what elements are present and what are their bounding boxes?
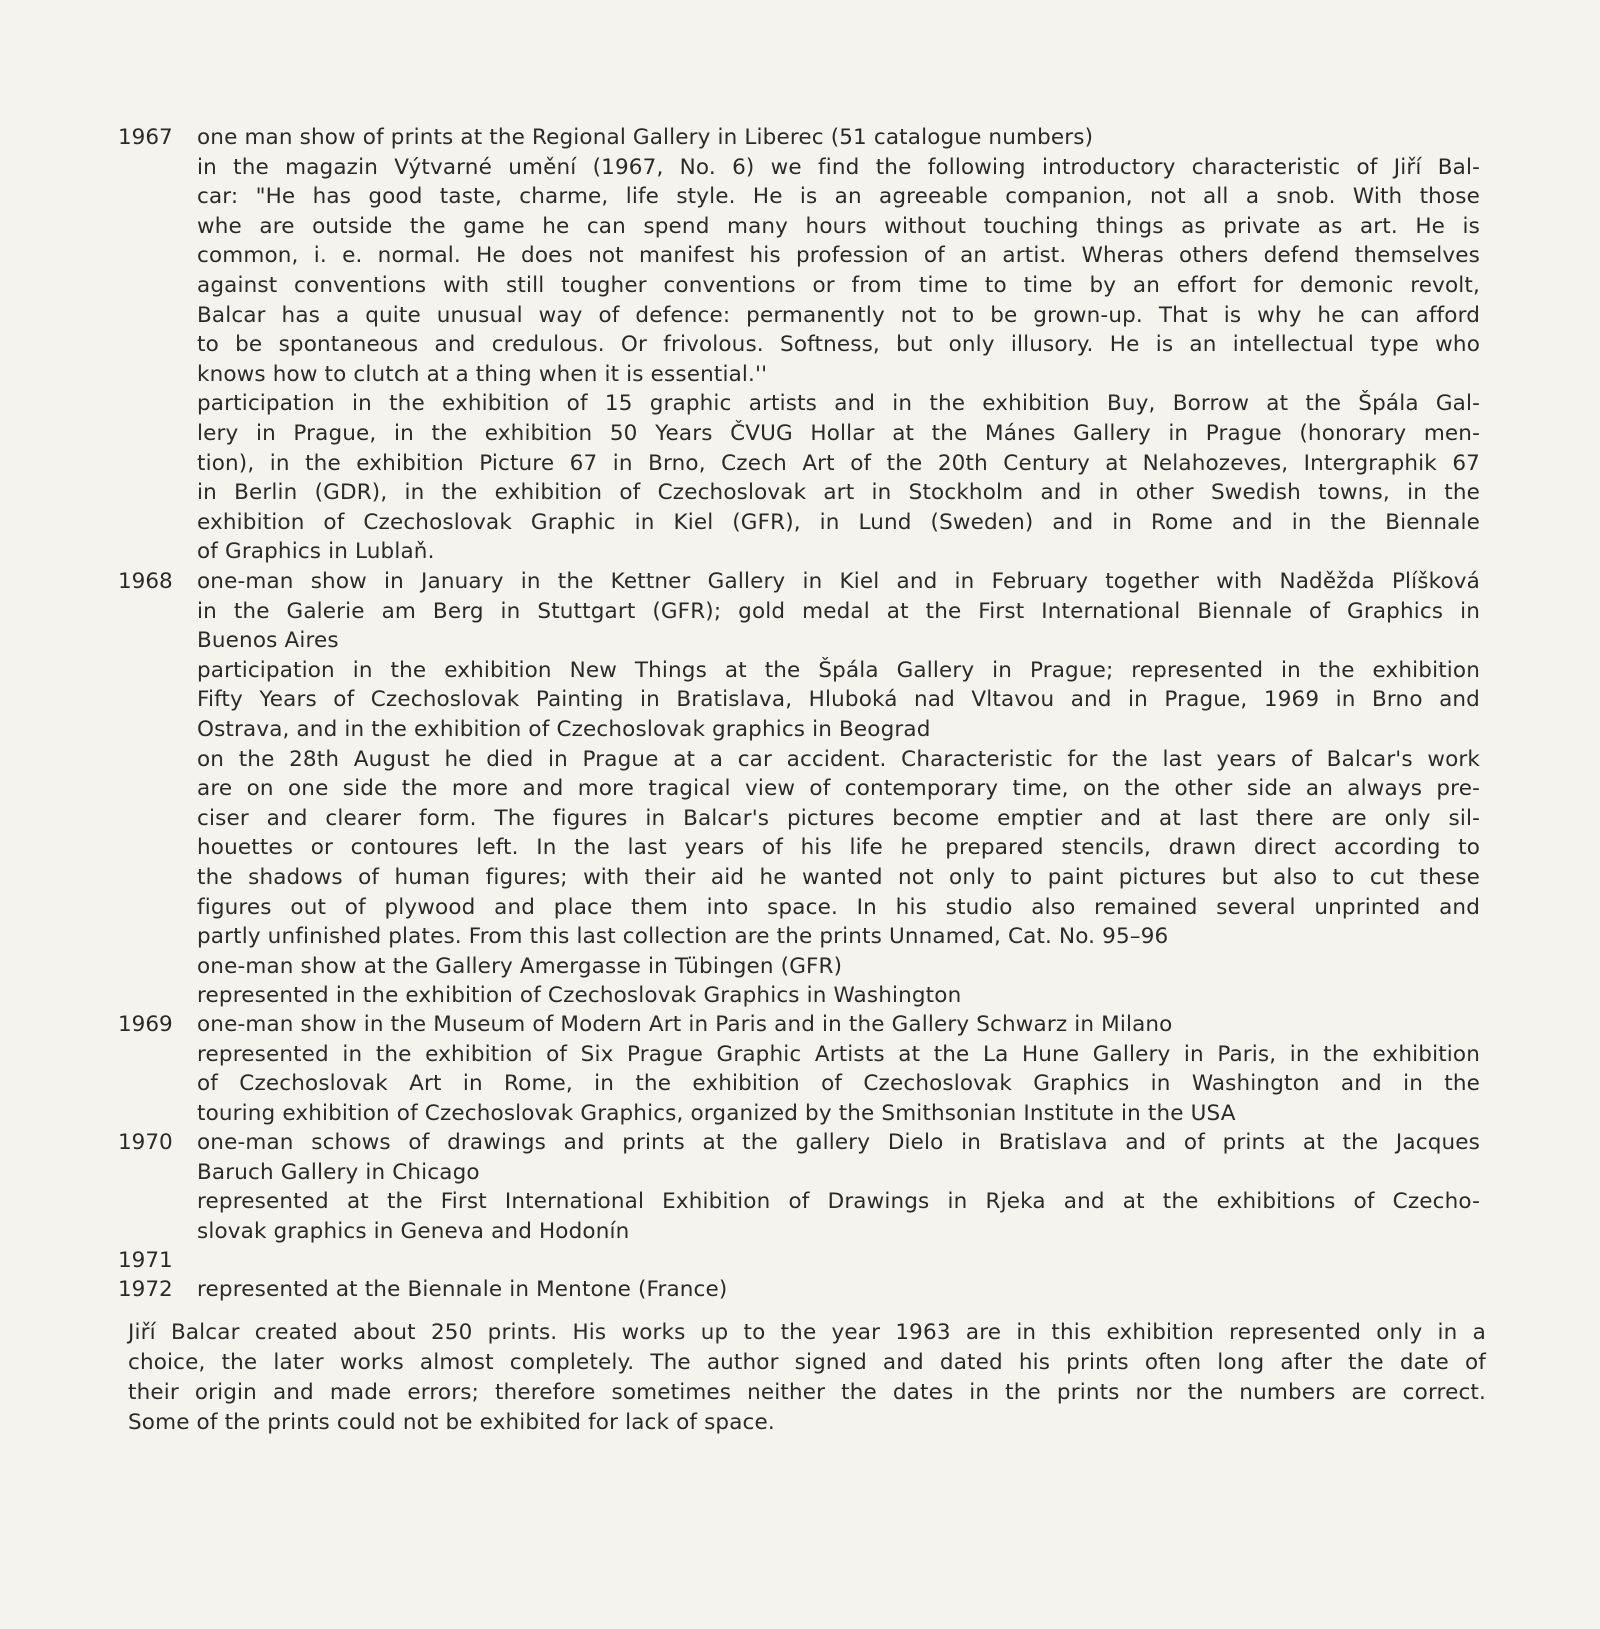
entry-line: one-man show at the Gallery Amergasse in… bbox=[197, 952, 1480, 982]
summary-line: Jiří Balcar created about 250 prints. Hi… bbox=[128, 1318, 1486, 1348]
entry-line: one man show of prints at the Regional G… bbox=[197, 123, 1480, 153]
entry-line: in the Galerie am Berg in Stuttgart (GFR… bbox=[197, 597, 1480, 627]
entry-line: exhibition of Czechoslovak Graphic in Ki… bbox=[197, 508, 1480, 538]
entry-line: represented in the exhibition of Czechos… bbox=[197, 981, 1480, 1011]
entry-line: participation in the exhibition New Thin… bbox=[197, 656, 1480, 686]
entry-line: houettes or contoures left. In the last … bbox=[197, 833, 1480, 863]
entry-line: knows how to clutch at a thing when it i… bbox=[197, 360, 1480, 390]
year-label: 1972 bbox=[118, 1275, 173, 1305]
entry-line: ciser and clearer form. The figures in B… bbox=[197, 804, 1480, 834]
entry-line: figures out of plywood and place them in… bbox=[197, 893, 1480, 923]
document-page: 1967 one man show of prints at the Regio… bbox=[0, 0, 1600, 1629]
entry-line: are on one side the more and more tragic… bbox=[197, 774, 1480, 804]
entry-line: in Berlin (GDR), in the exhibition of Cz… bbox=[197, 478, 1480, 508]
entry-line: tion), in the exhibition Picture 67 in B… bbox=[197, 449, 1480, 479]
entry-line: represented in the exhibition of Six Pra… bbox=[197, 1040, 1480, 1070]
entry-line: one-man show in January in the Kettner G… bbox=[197, 567, 1480, 597]
entry-line: Ostrava, and in the exhibition of Czecho… bbox=[197, 715, 1480, 745]
entry-line: lery in Prague, in the exhibition 50 Yea… bbox=[197, 419, 1480, 449]
entry-line: touring exhibition of Czechoslovak Graph… bbox=[197, 1099, 1480, 1129]
year-label: 1971 bbox=[118, 1246, 173, 1276]
entry-line: of Czechoslovak Art in Rome, in the exhi… bbox=[197, 1069, 1480, 1099]
entry-line: to be spontaneous and credulous. Or friv… bbox=[197, 330, 1480, 360]
entry-line: in the magazin Výtvarné umění (1967, No.… bbox=[197, 153, 1480, 183]
entry-line: represented at the Biennale in Mentone (… bbox=[197, 1275, 1480, 1305]
entry-line: one-man show in the Museum of Modern Art… bbox=[197, 1010, 1480, 1040]
year-label: 1970 bbox=[118, 1128, 173, 1158]
entry-line: partly unfinished plates. From this last… bbox=[197, 922, 1480, 952]
year-label: 1967 bbox=[118, 123, 173, 153]
entry-line: against conventions with still tougher c… bbox=[197, 271, 1480, 301]
year-label: 1969 bbox=[118, 1010, 173, 1040]
year-label: 1968 bbox=[118, 567, 173, 597]
summary-line: Some of the prints could not be exhibite… bbox=[128, 1408, 1486, 1438]
summary-line: their origin and made errors; therefore … bbox=[128, 1378, 1486, 1408]
summary-line: choice, the later works almost completel… bbox=[128, 1348, 1486, 1378]
entry-line: participation in the exhibition of 15 gr… bbox=[197, 389, 1480, 419]
entry-line: on the 28th August he died in Prague at … bbox=[197, 745, 1480, 775]
entry-line: slovak graphics in Geneva and Hodonín bbox=[197, 1217, 1480, 1247]
entry-line: represented at the First International E… bbox=[197, 1187, 1480, 1217]
entry-line: common, i. e. normal. He does not manife… bbox=[197, 241, 1480, 271]
entry-line: Balcar has a quite unusual way of defenc… bbox=[197, 301, 1480, 331]
entry-line: the shadows of human figures; with their… bbox=[197, 863, 1480, 893]
entry-line: Buenos Aires bbox=[197, 626, 1480, 656]
entry-line: whe are outside the game he can spend ma… bbox=[197, 212, 1480, 242]
entry-line: Fifty Years of Czechoslovak Painting in … bbox=[197, 685, 1480, 715]
entry-line: car: "He has good taste, charme, life st… bbox=[197, 182, 1480, 212]
entry-line: Baruch Gallery in Chicago bbox=[197, 1158, 1480, 1188]
entry-line: of Graphics in Lublaň. bbox=[197, 537, 1480, 567]
entry-line: one-man schows of drawings and prints at… bbox=[197, 1128, 1480, 1158]
